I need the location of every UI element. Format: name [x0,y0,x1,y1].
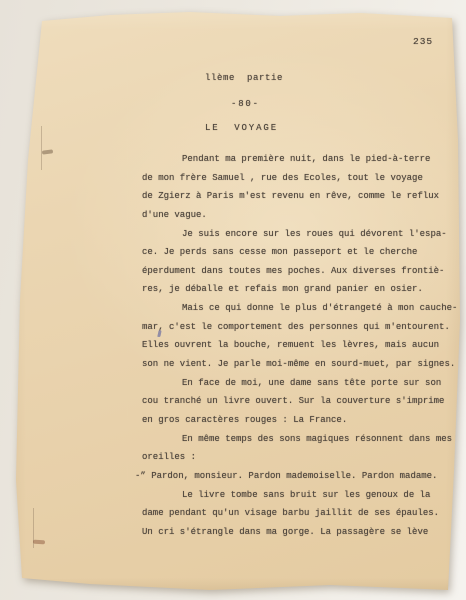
staple-smudge [42,149,53,154]
staple-bar [33,508,34,548]
text-line: de Zgierz à Paris m'est revenu en rêve, … [142,187,464,206]
staple-smudge [33,540,45,545]
text-line: Un cri s'étrangle dans ma gorge. La pass… [142,523,464,542]
heading-part: llème partie [205,73,283,83]
staple-mark-top [36,126,52,170]
text-line: Mais ce qui donne le plus d'étrangeté à … [142,299,464,318]
text-line: Je suis encore sur les roues qui dévoren… [142,225,464,244]
text-line: dame pendant qu'un visage barbu jaillit … [142,504,464,523]
text-line: oreilles : [142,448,464,467]
text-line: d'une vague. [142,206,464,225]
text-line: en gros caractères rouges : La France. [142,411,464,430]
page-number: 235 [413,36,433,47]
text-line: -” Pardon, monsieur. Pardon mademoiselle… [135,467,464,486]
text-line: En même temps des sons magiques résonnen… [142,430,464,449]
text-line: En face de moi, une dame sans tête porte… [142,374,464,393]
text-line: res, je déballe et refais mon grand pani… [142,280,464,299]
text-line: de mon frère Samuel , rue des Ecoles, to… [142,169,464,188]
text-line: Pendant ma première nuit, dans le pied-à… [142,150,464,169]
text-line: ce. Je perds sans cesse mon passeport et… [142,243,464,262]
typed-text-block: Pendant ma première nuit, dans le pied-à… [142,150,464,541]
scan-background: { "page": { "number": "235" }, "heading"… [0,0,466,600]
heading-title: LE VOYAGE [205,123,278,133]
heading-section-number: -80- [231,99,260,109]
text-line: Le livre tombe sans bruit sur les genoux… [142,486,464,505]
text-line: Elles ouvrent la bouche, remuent les lèv… [142,336,464,355]
staple-bar [41,126,42,170]
manuscript-paper: 235 llème partie -80- LE VOYAGE Pendant … [0,0,466,600]
text-line: mar, c'est le comportement des personnes… [142,318,464,337]
paper-shadow-wrapper: 235 llème partie -80- LE VOYAGE Pendant … [0,0,466,600]
text-line: son ne vient. Je parle moi-même en sourd… [142,355,464,374]
text-line: cou tranché un livre ouvert. Sur la couv… [142,392,464,411]
text-line: éperdument dans toutes mes poches. Aux d… [142,262,464,281]
staple-mark-bottom [28,508,44,548]
